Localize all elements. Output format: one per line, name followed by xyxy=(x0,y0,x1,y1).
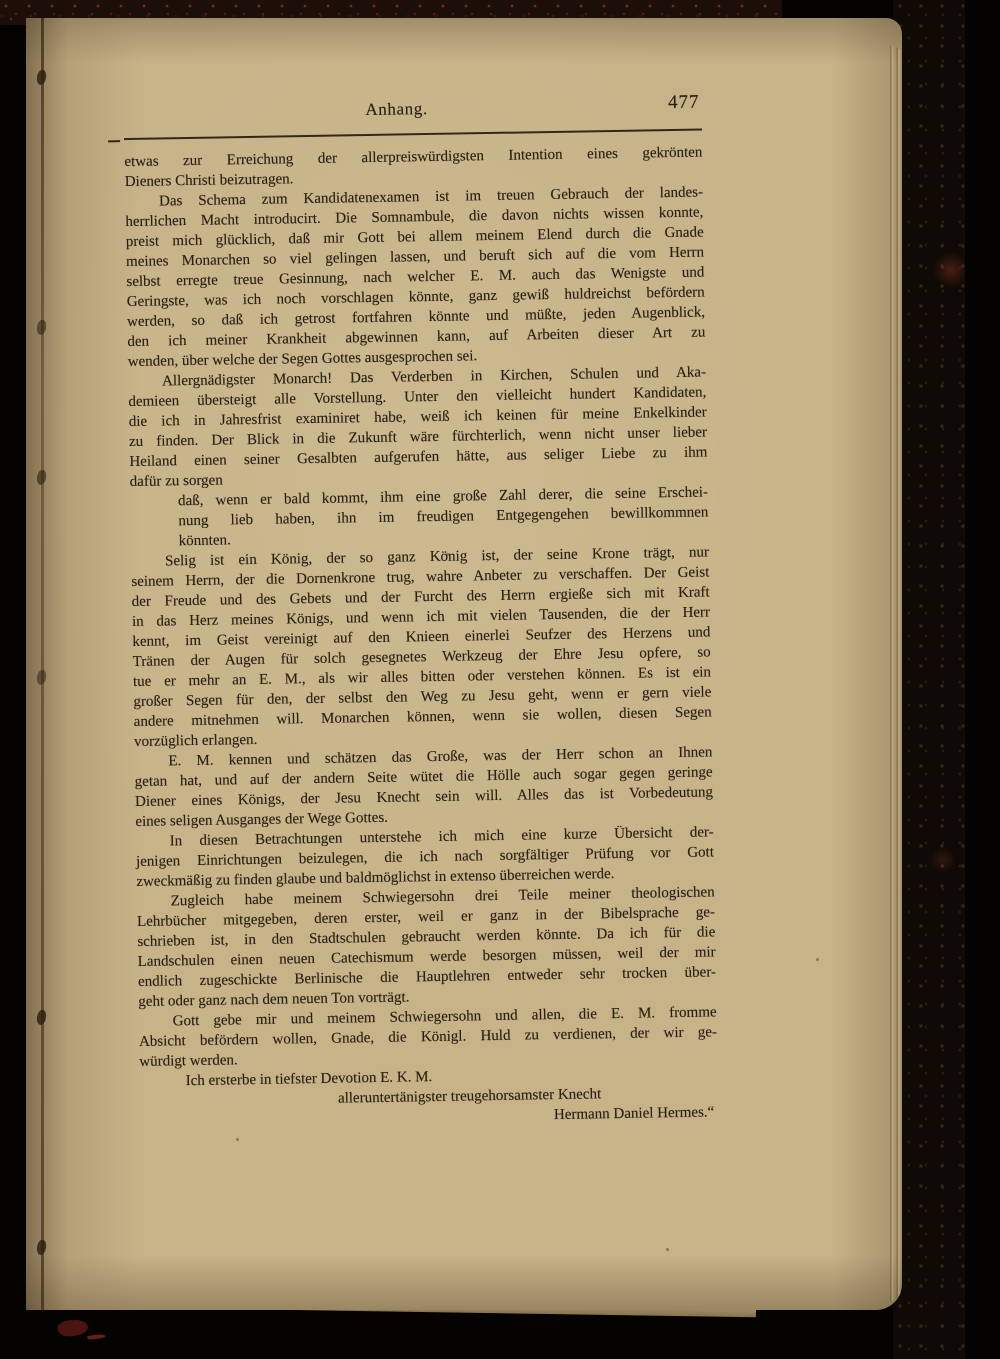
paragraph: daß, wenn er bald kommt, ihm eine große … xyxy=(130,482,709,552)
header-page-number: 477 xyxy=(668,92,700,115)
paper-speck xyxy=(816,958,819,961)
paper-speck xyxy=(236,1138,239,1141)
book-scan: Anhang. 477 etwas zur Erreichung der all… xyxy=(0,0,1000,1359)
gutter-fold xyxy=(41,18,44,1310)
text-body: etwas zur Erreichung der allerpreiswürdi… xyxy=(124,142,718,1131)
paragraph: Allergnädigster Monarch! Das Verderben i… xyxy=(128,362,708,492)
header-title: Anhang. xyxy=(107,95,685,125)
stitch-mark xyxy=(36,1240,47,1256)
page-content: Anhang. 477 etwas zur Erreichung der all… xyxy=(123,94,718,1131)
stitch-mark xyxy=(36,320,47,336)
paper-speck xyxy=(666,1248,669,1251)
stitch-mark xyxy=(36,70,47,86)
binding-mark xyxy=(57,1318,89,1338)
paragraph: Zugleich habe meinem Schwiegersohn drei … xyxy=(137,882,717,1012)
paragraph: Gott gebe mir und meinem Schwiegersohn u… xyxy=(139,1002,718,1072)
stitch-mark xyxy=(36,470,47,486)
page-paper: Anhang. 477 etwas zur Erreichung der all… xyxy=(26,18,902,1310)
page-header: Anhang. 477 xyxy=(123,94,701,130)
stitch-mark xyxy=(36,670,47,686)
leather-cover-edge xyxy=(893,0,965,1359)
header-rule xyxy=(124,128,702,140)
paragraph: Das Schema zum Kandidatenexamen ist im t… xyxy=(125,182,706,372)
paragraph: Selig ist ein König, der so ganz König i… xyxy=(131,542,712,752)
stitch-mark xyxy=(36,1010,47,1026)
paragraph: In diesen Betrachtungen unterstehe ich m… xyxy=(136,822,715,892)
paragraph: E. M. kennen und schätzen das Große, was… xyxy=(134,742,713,832)
